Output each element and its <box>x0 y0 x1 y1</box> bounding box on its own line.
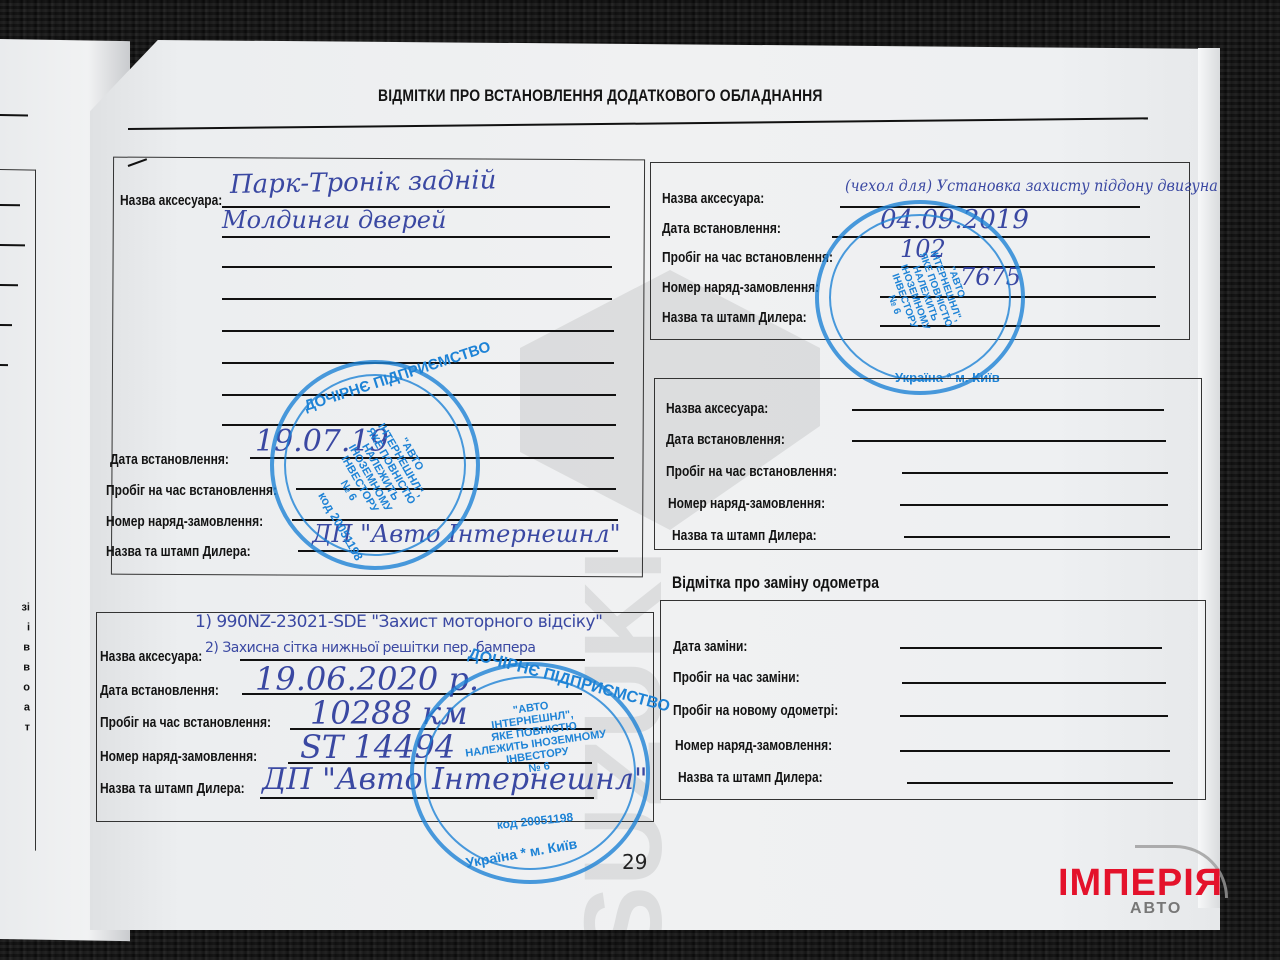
logo-subtitle: АВТО <box>1130 900 1182 918</box>
label-install-date: Дата встановлення: <box>110 451 229 468</box>
field-line <box>222 330 614 332</box>
page-text-fragment: і <box>27 621 30 633</box>
handwritten-accessory: (чехол для) Установка захисту піддону дв… <box>845 176 1218 195</box>
label-mileage: Пробіг на час встановлення: <box>100 714 271 731</box>
field-line <box>902 682 1166 684</box>
page-text-fragment: т <box>25 721 30 733</box>
label-mileage-new-odometer: Пробіг на новому одометрі: <box>673 702 838 719</box>
page-text-fragment: в <box>23 661 30 673</box>
label-order-number: Номер наряд-замовлення: <box>662 279 819 296</box>
field-line <box>222 236 610 238</box>
field-line <box>902 472 1168 474</box>
handwritten-accessory-line-2: Молдинги дверей <box>222 206 446 234</box>
field-line <box>852 440 1166 442</box>
field-line <box>222 266 612 268</box>
field-line <box>907 782 1173 784</box>
label-install-date: Дата встановлення: <box>662 220 781 237</box>
field-line <box>900 504 1168 506</box>
label-replace-date: Дата заміни: <box>673 638 747 655</box>
handwritten-install-date: 19.06.2020 р. <box>255 660 479 698</box>
label-order-number: Номер наряд-замовлення: <box>100 748 257 765</box>
form-line <box>0 284 18 286</box>
page-text-fragment: а <box>24 701 30 713</box>
page-number: 29 <box>622 850 647 874</box>
field-line <box>852 409 1164 411</box>
label-dealer: Назва та штамп Дилера: <box>678 769 823 786</box>
label-dealer: Назва та штамп Дилера: <box>106 543 251 560</box>
label-install-date: Дата встановлення: <box>666 431 785 448</box>
label-dealer: Назва та штамп Дилера: <box>662 309 807 326</box>
field-line <box>900 715 1168 717</box>
label-mileage: Пробіг на час встановлення: <box>106 482 277 499</box>
label-install-date: Дата встановлення: <box>100 682 219 699</box>
label-dealer: Назва та штамп Дилера: <box>672 527 817 544</box>
handwritten-accessory-line-1: Парк-Тронік задній <box>230 165 497 200</box>
label-mileage: Пробіг на час встановлення: <box>666 463 837 480</box>
form-box <box>0 169 36 851</box>
form-line <box>0 364 8 366</box>
form-line <box>0 204 20 207</box>
label-order-number: Номер наряд-замовлення: <box>668 495 825 512</box>
page-text-fragment: о <box>23 681 30 693</box>
label-accessory-name: Назва аксесуара: <box>120 192 222 209</box>
form-line <box>0 324 12 326</box>
label-accessory-name: Назва аксесуара: <box>662 190 764 207</box>
page-text-fragment: в <box>23 641 30 653</box>
label-order-number: Номер наряд-замовлення: <box>675 737 832 754</box>
field-line <box>904 536 1170 538</box>
label-accessory-name: Назва аксесуара: <box>100 648 202 665</box>
label-dealer: Назва та штамп Дилера: <box>100 780 245 797</box>
handwritten-accessory-line-1: 1) 990NZ-23021-SDE "Захист моторного від… <box>195 612 602 632</box>
form-line <box>0 114 28 117</box>
field-line <box>900 647 1162 649</box>
label-order-number: Номер наряд-замовлення: <box>106 513 263 530</box>
field-line <box>222 298 612 300</box>
page-text-fragment: зі <box>21 601 30 613</box>
form-line <box>0 244 25 247</box>
label-mileage-at-replace: Пробіг на час заміни: <box>673 669 800 686</box>
odometer-section-title: Відмітка про заміну одометра <box>672 573 879 593</box>
page-title: ВІДМІТКИ ПРО ВСТАНОВЛЕННЯ ДОДАТКОВОГО ОБ… <box>378 86 823 106</box>
label-mileage: Пробіг на час встановлення: <box>662 249 833 266</box>
label-accessory-name: Назва аксесуара: <box>666 400 768 417</box>
field-line <box>900 750 1170 752</box>
imperia-auto-logo: ІМПЕРІЯ <box>1058 862 1223 905</box>
